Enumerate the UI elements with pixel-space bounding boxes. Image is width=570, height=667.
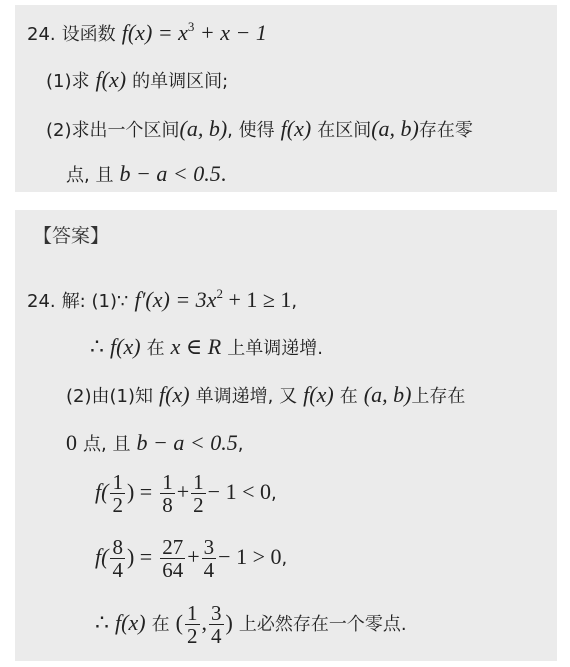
answer-line-7: ∴ f(x) 在 (12,34) 上必然存在一个零点. bbox=[95, 598, 407, 650]
question-part-2-cont: 点, 且 b − a < 0.5. bbox=[66, 162, 226, 188]
fraction: 18 bbox=[160, 471, 175, 516]
fraction: 34 bbox=[202, 536, 217, 581]
question-number: 24. bbox=[27, 24, 56, 45]
fraction: 34 bbox=[209, 602, 224, 647]
answer-line-2: ∴ f(x) 在 x ∈ R 上单调递增. bbox=[90, 335, 323, 361]
fraction: 2764 bbox=[160, 536, 185, 581]
fraction: 12 bbox=[185, 602, 200, 647]
answer-header: 【答案】 bbox=[33, 224, 109, 248]
question-part-1: (1)求 f(x) 的单调区间; bbox=[46, 68, 228, 94]
answer-line-6: f(84) = 2764+34− 1 > 0, bbox=[95, 532, 287, 584]
fraction: 12 bbox=[110, 471, 125, 516]
fraction: 12 bbox=[191, 471, 206, 516]
answer-line-5: f(12) = 18+12− 1 < 0, bbox=[95, 467, 277, 519]
question-title: 24. 设函数 f(x) = x3 + x − 1 bbox=[27, 15, 267, 47]
question-part-2: (2)求出一个区间(a, b), 使得 f(x) 在区间(a, b)存在零 bbox=[46, 117, 473, 143]
answer-line-4: 0 点, 且 b − a < 0.5, bbox=[66, 431, 243, 457]
answer-line-1: 24. 解: (1)∵ f′(x) = 3x2 + 1 ≥ 1, bbox=[27, 282, 297, 314]
answer-line-3: (2)由(1)知 f(x) 单调递增, 又 f(x) 在 (a, b)上存在 bbox=[66, 383, 465, 409]
fraction: 84 bbox=[110, 536, 125, 581]
